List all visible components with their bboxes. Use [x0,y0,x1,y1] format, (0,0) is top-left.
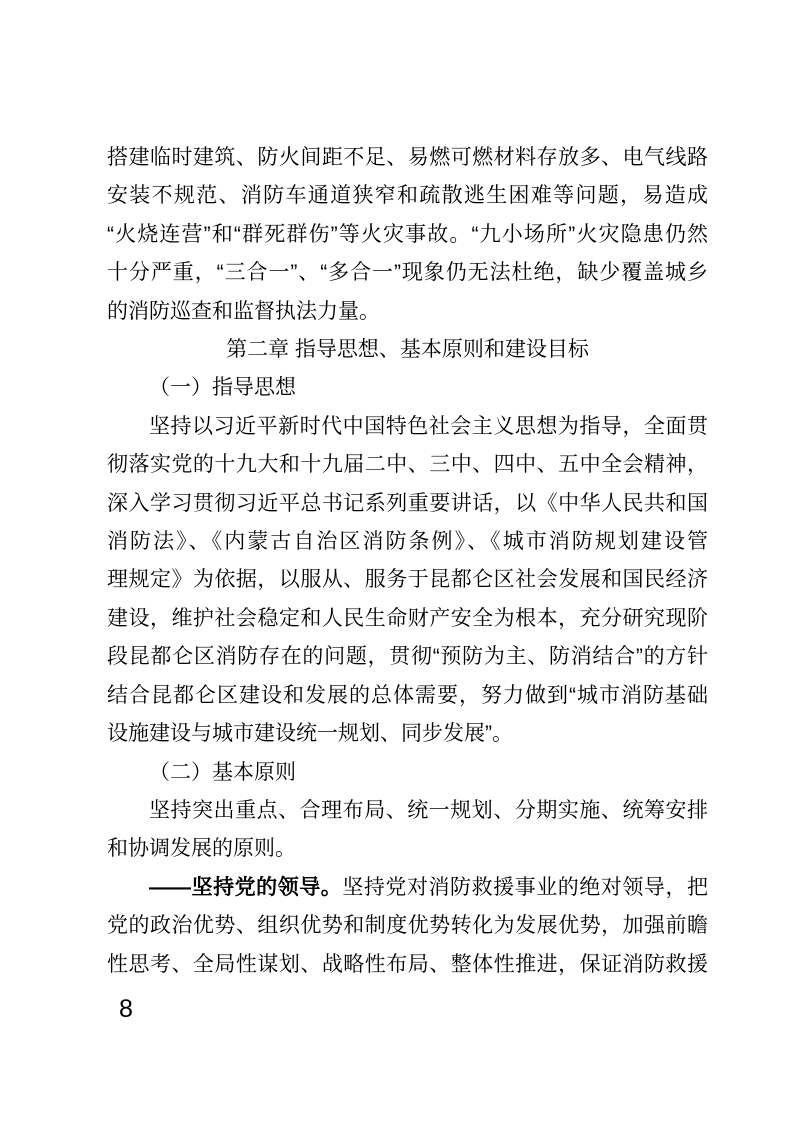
text-line: 设施建设与城市建设统一规划、同步发展”。 [107,715,708,753]
text-line: 建设，维护社会稳定和人民生命财产安全为根本，充分研究现阶 [107,600,708,638]
text-line: 消防法》、《内蒙古自治区消防条例》、《城市消防规划建设管 [107,523,708,561]
text-line: 深入学习贯彻习近平总书记系列重要讲话，以《中华人民共和国 [107,485,708,523]
section-heading-2: （二）基本原则 [107,754,708,792]
text-line: 性思考、全局性谋划、战略性布局、整体性推进，保证消防救援 [107,946,708,984]
text-line: 坚持以习近平新时代中国特色社会主义思想为指导，全面贯 [107,408,708,446]
page-number: 8 [119,995,133,1023]
text-line: 段昆都仑区消防存在的问题，贯彻“预防为主、防消结合”的方针 [107,638,708,676]
text-line: 彻落实党的十九大和十九届二中、三中、四中、五中全会精神， [107,446,708,484]
text-line: ——坚持党的领导。坚持党对消防救援事业的绝对领导，把 [107,869,708,907]
text-line: 理规定》为依据，以服从、服务于昆都仑区社会发展和国民经济 [107,561,708,599]
document-text: 搭建临时建筑、防火间距不足、易燃可燃材料存放多、电气线路 安装不规范、消防车通道… [107,139,708,984]
text-line: 搭建临时建筑、防火间距不足、易燃可燃材料存放多、电气线路 [107,139,708,177]
text-line: 和协调发展的原则。 [107,830,708,868]
text-line: 的消防巡查和监督执法力量。 [107,293,708,331]
text-line: 坚持突出重点、合理布局、统一规划、分期实施、统筹安排 [107,792,708,830]
document-page: 搭建临时建筑、防火间距不足、易燃可燃材料存放多、电气线路 安装不规范、消防车通道… [0,0,793,1122]
text-line: 党的政治优势、组织优势和制度优势转化为发展优势，加强前瞻 [107,907,708,945]
section-heading-1: （一）指导思想 [107,369,708,407]
text-line: 结合昆都仑区建设和发展的总体需要，努力做到“城市消防基础 [107,677,708,715]
text-line: “火烧连营”和“群死群伤”等火灾事故。“九小场所”火灾隐患仍然 [107,216,708,254]
text-line: 安装不规范、消防车通道狭窄和疏散逃生困难等问题，易造成 [107,177,708,215]
chapter-heading: 第二章 指导思想、基本原则和建设目标 [107,331,708,369]
text-line: 十分严重，“三合一”、“多合一”现象仍无法杜绝，缺少覆盖城乡 [107,254,708,292]
text-run: 坚持党对消防救援事业的绝对领导，把 [342,876,708,899]
bold-run: ——坚持党的领导。 [149,876,342,899]
